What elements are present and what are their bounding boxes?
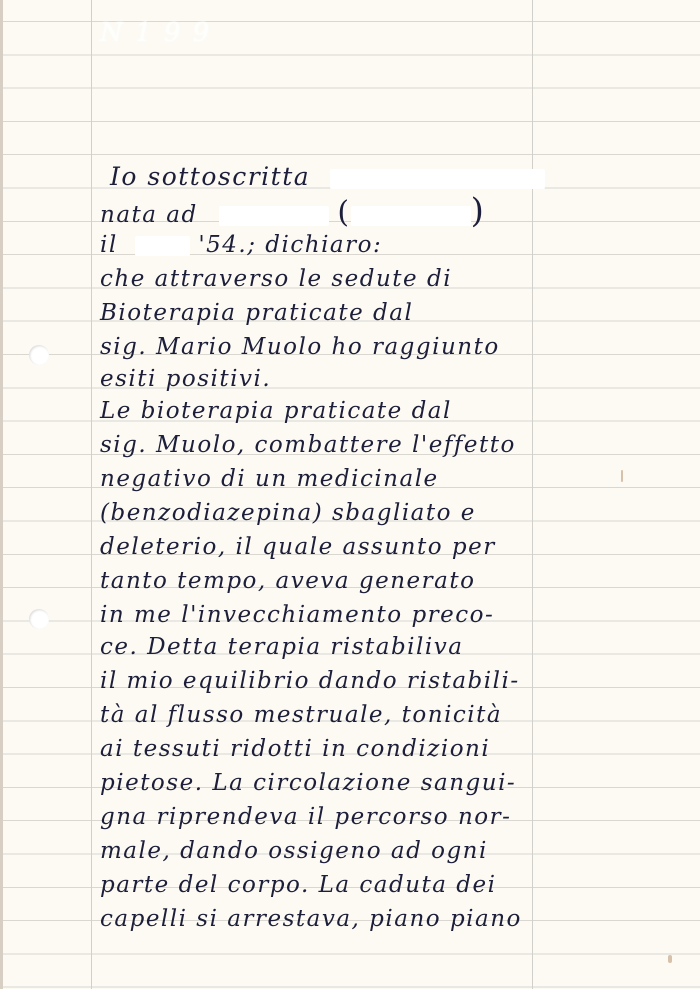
- close-paren: ): [471, 191, 486, 231]
- redacted-birthplace: [219, 206, 329, 226]
- faded-header: N 1 9 9: [100, 18, 660, 98]
- letter-line-16: il mio equilibrio dando ristabili-: [100, 666, 520, 696]
- letter-line-19: pietose. La circolazione sangui-: [100, 768, 516, 798]
- letter-line-3: il '54.; dichiaro:: [100, 230, 382, 260]
- line-text-suffix: '54.; dichiaro:: [198, 232, 382, 258]
- letter-line-9: sig. Muolo, combattere l'effetto: [100, 430, 516, 460]
- redacted-birthdate: [135, 236, 190, 256]
- letter-line-18: ai tessuti ridotti in condizioni: [100, 734, 490, 764]
- ruled-paper-page: N 1 9 9 Io sottoscritta nata ad () il '5…: [0, 0, 700, 989]
- letter-line-22: parte del corpo. La caduta dei: [100, 870, 497, 900]
- paper-left-edge: [0, 0, 3, 989]
- paper-stain: [668, 955, 672, 963]
- letter-line-1: Io sottoscritta: [110, 162, 545, 192]
- letter-line-10: negativo di un medicinale: [100, 464, 439, 494]
- letter-line-23: capelli si arrestava, piano piano: [100, 904, 522, 934]
- open-paren: (: [337, 195, 350, 230]
- line-text: Io sottoscritta: [110, 162, 310, 191]
- letter-line-12: deleterio, il quale assunto per: [100, 532, 496, 562]
- letter-line-20: gna riprendeva il percorso nor-: [100, 802, 511, 832]
- letter-line-5: Bioterapia praticate dal: [100, 298, 413, 328]
- letter-line-15: ce. Detta terapia ristabiliva: [100, 632, 463, 662]
- letter-line-13: tanto tempo, aveva generato: [100, 566, 475, 596]
- redacted-name: [330, 169, 545, 189]
- letter-line-21: male, dando ossigeno ad ogni: [100, 836, 488, 866]
- binder-hole-bottom: [29, 609, 49, 629]
- line-text: nata ad: [100, 202, 198, 228]
- redacted-province: [351, 206, 471, 226]
- letter-line-8: Le bioterapia praticate dal: [100, 396, 452, 426]
- faded-header-line-1: N 1 9 9: [100, 18, 211, 48]
- left-margin-line: [91, 0, 92, 989]
- letter-line-7: esiti positivi.: [100, 364, 271, 394]
- letter-line-6: sig. Mario Muolo ho raggiunto: [100, 332, 500, 362]
- right-margin-line: [532, 0, 533, 989]
- letter-line-4: che attraverso le sedute di: [100, 264, 452, 294]
- paper-mark: [621, 470, 623, 482]
- letter-line-14: in me l'invecchiamento preco-: [100, 600, 494, 630]
- letter-line-11: (benzodiazepina) sbagliato e: [100, 498, 476, 528]
- binder-hole-top: [29, 345, 49, 365]
- line-text: il: [100, 232, 118, 258]
- letter-line-17: tà al flusso mestruale, tonicità: [100, 700, 502, 730]
- letter-line-2: nata ad (): [100, 196, 485, 230]
